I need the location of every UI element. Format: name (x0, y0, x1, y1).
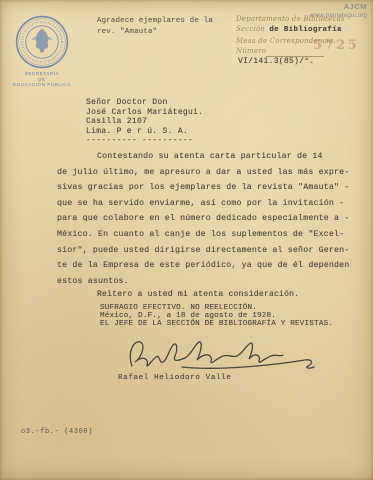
body-line: sivas gracias por los ejemplares de la r… (57, 180, 365, 196)
annotation-line: rev. "Amauta" (97, 27, 213, 38)
folio-stamp: 5725 (313, 38, 359, 53)
recipient-block: Señor Doctor DonJosé Carlos Mariátegui.C… (86, 98, 203, 146)
letterhead-section-label: Sección (236, 25, 265, 33)
print-order-code: o3.-fb.- (4300) (21, 428, 93, 436)
recipient-line: Señor Doctor Don (86, 98, 203, 108)
signature-ink (124, 336, 322, 376)
letterhead-number-label: Número (236, 46, 266, 56)
recipient-line: ---------- ---------- (86, 136, 203, 146)
watermark-initials: AJCM (310, 3, 367, 12)
body-line: México. En cuanto al canje de los suplem… (57, 227, 365, 243)
letterhead-section-row: Sección de Bibliografía (236, 24, 368, 35)
letterhead-department: Departamento de Bibliotecas (236, 14, 368, 24)
closing-line: SUFRAGIO EFECTIVO. NO REELECCIÓN. (100, 304, 333, 312)
classification-code: VI/141.3(85)/°. (238, 57, 315, 66)
closing-line: EL JEFE DE LA SECCIÓN DE BIBLIOGRAFÍA Y … (100, 320, 333, 328)
filing-annotation: Agradece ejemplares de larev. "Amauta" (97, 16, 213, 37)
closing-block: SUFRAGIO EFECTIVO. NO REELECCIÓN.México,… (100, 304, 333, 329)
body-line: sior", puede usted dirigirse directament… (57, 243, 365, 259)
letterhead-section-value: de Bibliografía (269, 26, 342, 34)
recipient-line: Lima. P e r ú. S. A. (86, 127, 203, 137)
body-line: que se ha servido enviarme, así como por… (57, 196, 365, 212)
body-line: Contestando su atenta carta particular d… (57, 149, 365, 165)
letter-body: Contestando su atenta carta particular d… (57, 149, 365, 289)
scanned-letter-page: AJCM www.mariategui.org SECRETARÍADEEDUC… (0, 0, 373, 480)
body-line: te de la Empresa de este periódico, ya q… (57, 258, 365, 274)
secretaria-seal-icon (15, 15, 69, 69)
body-line: para que colabore en el número dedicado … (57, 211, 365, 227)
courtesy-close: Reitero a usted mi atenta consideración. (97, 290, 299, 299)
seal-caption: SECRETARÍADEEDUCACIÓN PÚBLICA (6, 71, 78, 88)
seal-caption-line: EDUCACIÓN PÚBLICA (6, 82, 78, 88)
body-line: de julio último, me apresuro a dar a ust… (57, 165, 365, 181)
signatory-name: Rafael Heliodoro Valle (118, 374, 231, 382)
recipient-line: José Carlos Mariátegui. (86, 108, 203, 118)
recipient-line: Casilla 2107 (86, 117, 203, 127)
body-line: estos asuntos. (57, 274, 365, 290)
annotation-line: Agradece ejemplares de la (97, 16, 213, 27)
